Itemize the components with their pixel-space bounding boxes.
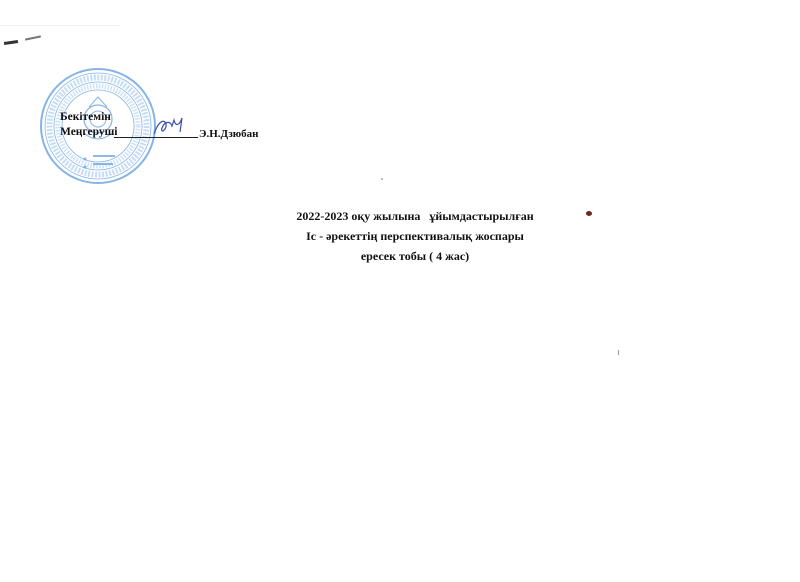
position-label: Меңгеруші	[60, 127, 118, 139]
approved-label: Бекітемін	[60, 112, 111, 124]
handwritten-signature-icon	[150, 114, 190, 138]
scan-artifact-mark	[4, 40, 18, 45]
title-line-3: ересек тобы ( 4 жас)	[200, 248, 630, 268]
signatory-name: Э.Н.Дзюбан	[199, 128, 259, 140]
document-title: 2022-2023 оқу жылына ұйымдастырылған Іс …	[200, 208, 630, 268]
title-line-2: Іс - әрекеттің перспективалық жоспары	[200, 228, 630, 248]
scan-artifact-mark	[25, 35, 41, 40]
scan-artifact-line	[0, 25, 120, 26]
scan-speck	[618, 350, 619, 355]
scan-speck	[381, 178, 383, 180]
title-line-1: 2022-2023 оқу жылына ұйымдастырылған	[200, 208, 630, 228]
ink-spot	[586, 211, 592, 216]
